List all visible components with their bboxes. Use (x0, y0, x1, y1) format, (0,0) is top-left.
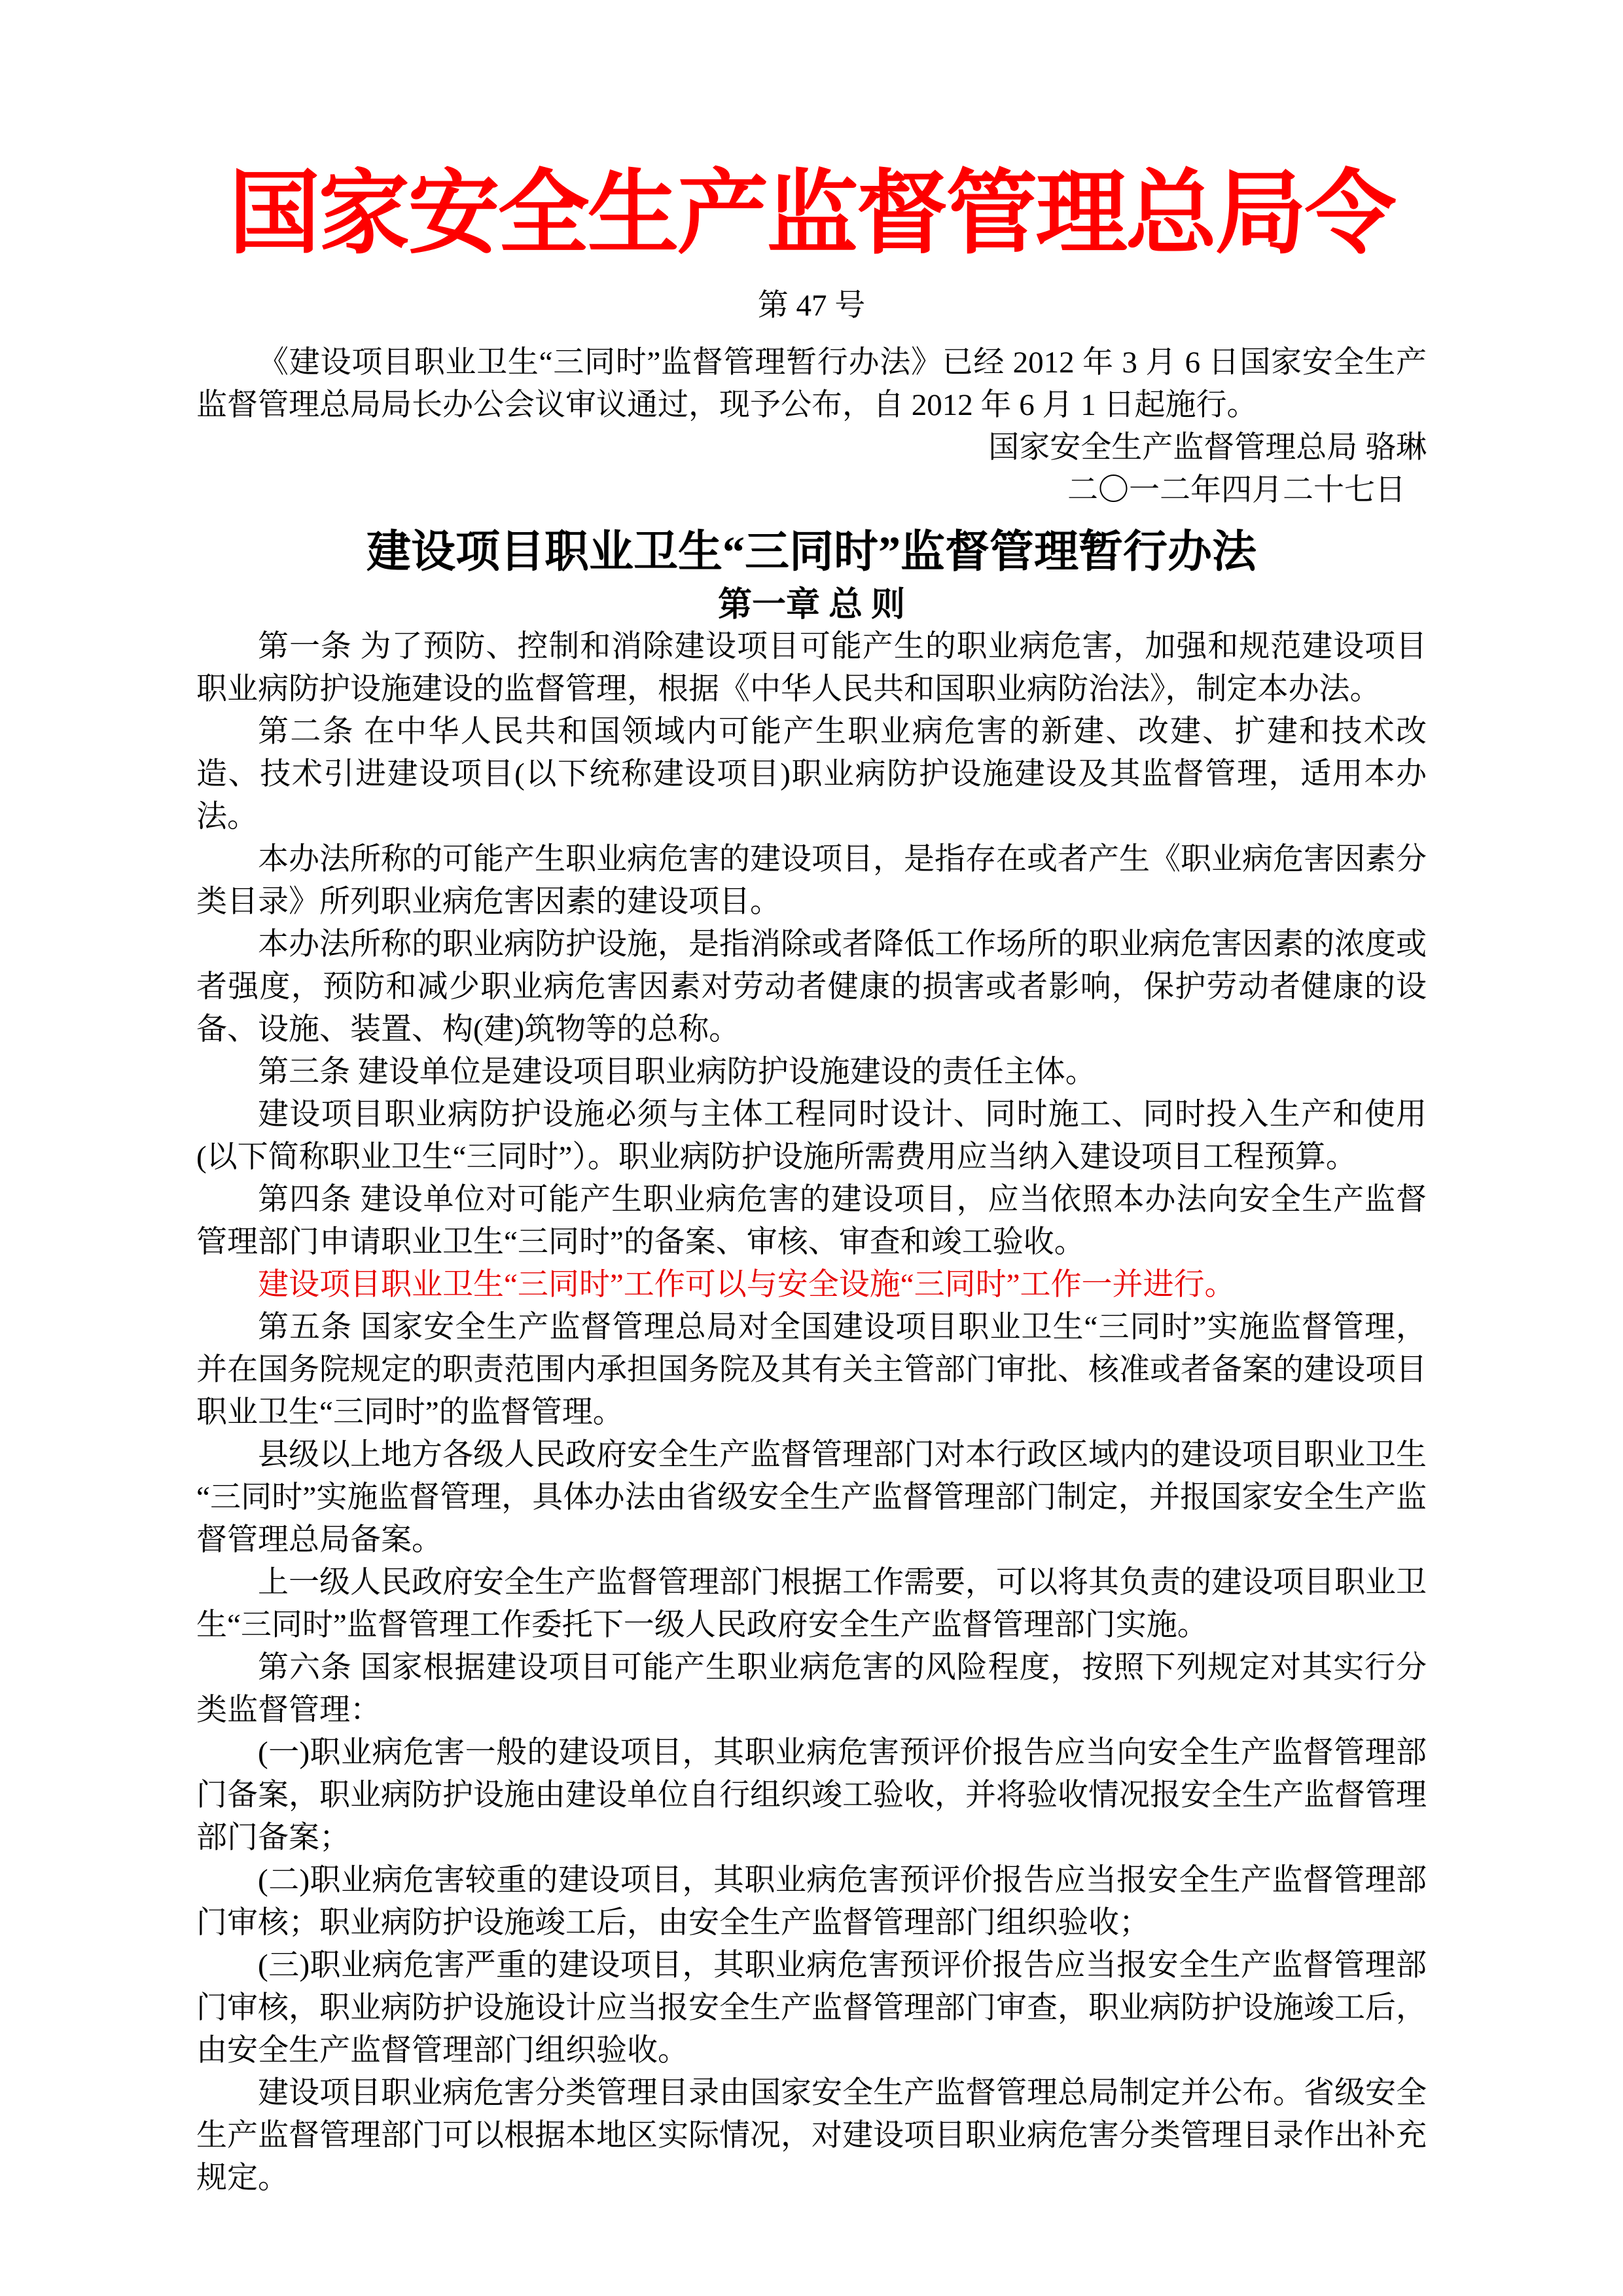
legal-paragraph: 建设项目职业病防护设施必须与主体工程同时设计、同时施工、同时投入生产和使用(以下… (196, 1094, 1427, 1179)
legal-paragraph: 建设项目职业病危害分类管理目录由国家安全生产监督管理总局制定并公布。省级安全生产… (196, 2072, 1427, 2200)
signature-line: 国家安全生产监督管理总局 骆琳 (196, 427, 1427, 469)
chapter-heading: 第一章 总 则 (196, 585, 1427, 626)
legal-paragraph-article-1: 第一条 为了预防、控制和消除建设项目可能产生的职业病危害，加强和规范建设项目职业… (196, 626, 1427, 711)
legal-paragraph-item-2: (二)职业病危害较重的建设项目，其职业病危害预评价报告应当报安全生产监督管理部门… (196, 1859, 1427, 1945)
legal-paragraph: 县级以上地方各级人民政府安全生产监督管理部门对本行政区域内的建设项目职业卫生“三… (196, 1434, 1427, 1562)
legal-paragraph: 本办法所称的职业病防护设施，是指消除或者降低工作场所的职业病危害因素的浓度或者强… (196, 924, 1427, 1051)
legal-paragraph: 上一级人民政府安全生产监督管理部门根据工作需要，可以将其负责的建设项目职业卫生“… (196, 1562, 1427, 1647)
legal-paragraph: 本办法所称的可能产生职业病危害的建设项目，是指存在或者产生《职业病危害因素分类目… (196, 838, 1427, 924)
legal-paragraph-item-3: (三)职业病危害严重的建设项目，其职业病危害预评价报告应当报安全生产监督管理部门… (196, 1945, 1427, 2072)
document-page: 国家安全生产监督管理总局令 第 47 号 《建设项目职业卫生“三同时”监督管理暂… (0, 0, 1623, 2296)
preamble-paragraph: 《建设项目职业卫生“三同时”监督管理暂行办法》已经 2012 年 3 月 6 日… (196, 342, 1427, 427)
date-line: 二〇一二年四月二十七日 (196, 469, 1427, 512)
legal-paragraph-article-2: 第二条 在中华人民共和国领域内可能产生职业病危害的新建、改建、扩建和技术改造、技… (196, 711, 1427, 838)
regulation-title: 建设项目职业卫生“三同时”监督管理暂行办法 (196, 525, 1427, 579)
document-content: 国家安全生产监督管理总局令 第 47 号 《建设项目职业卫生“三同时”监督管理暂… (0, 162, 1623, 2200)
chapter-body: 第一条 为了预防、控制和消除建设项目可能产生的职业病危害，加强和规范建设项目职业… (196, 626, 1427, 2200)
legal-paragraph-article-3: 第三条 建设单位是建设项目职业病防护设施建设的责任主体。 (196, 1051, 1427, 1094)
legal-paragraph-article-5: 第五条 国家安全生产监督管理总局对全国建设项目职业卫生“三同时”实施监督管理，并… (196, 1306, 1427, 1434)
legal-paragraph-highlighted: 建设项目职业卫生“三同时”工作可以与安全设施“三同时”工作一并进行。 (196, 1264, 1427, 1306)
legal-paragraph-article-4: 第四条 建设单位对可能产生职业病危害的建设项目，应当依照本办法向安全生产监督管理… (196, 1179, 1427, 1264)
order-number: 第 47 号 (196, 285, 1427, 326)
legal-paragraph-item-1: (一)职业病危害一般的建设项目，其职业病危害预评价报告应当向安全生产监督管理部门… (196, 1732, 1427, 1859)
legal-paragraph-article-6: 第六条 国家根据建设项目可能产生职业病危害的风险程度，按照下列规定对其实行分类监… (196, 1647, 1427, 1732)
agency-order-title: 国家安全生产监督管理总局令 (196, 162, 1427, 267)
